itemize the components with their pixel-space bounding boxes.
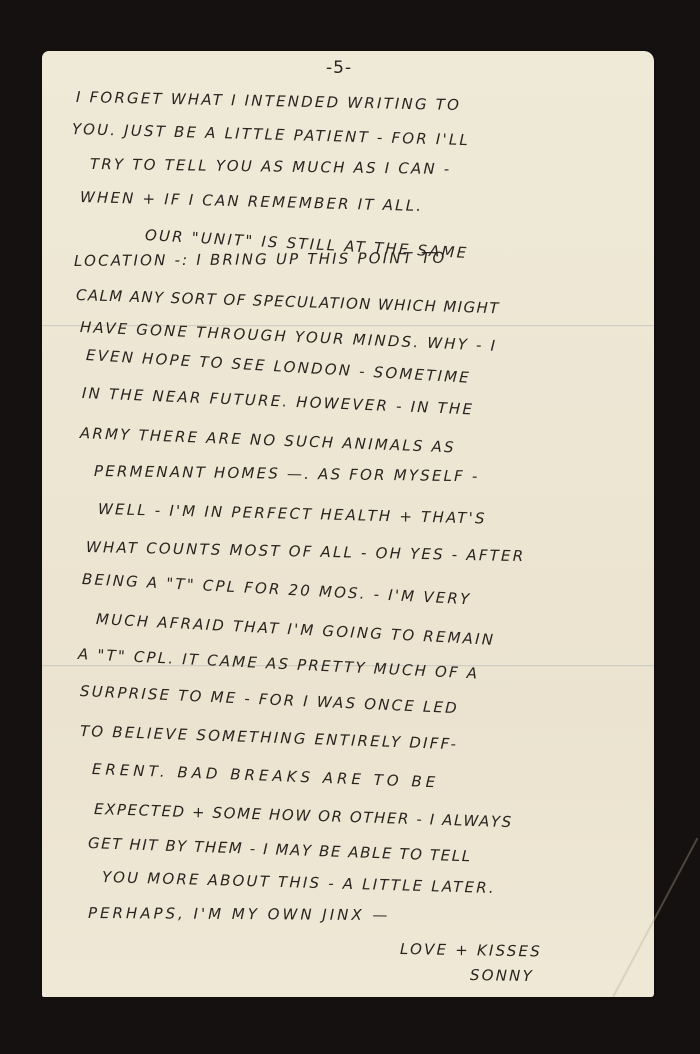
page-number: -5-: [326, 58, 352, 78]
paper-crease: [612, 838, 698, 998]
letter-line: location -: I bring up this point to: [74, 249, 447, 270]
letter-signature: Sonny: [470, 966, 534, 985]
letter-line: Perhaps, I'm my own jinx —: [88, 904, 391, 924]
letter-closing: Love + Kisses: [400, 940, 542, 960]
